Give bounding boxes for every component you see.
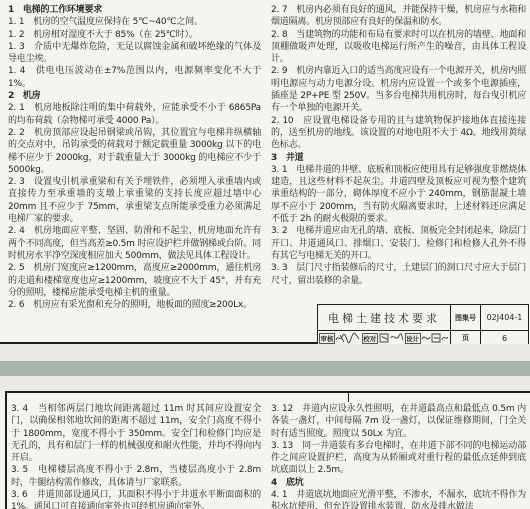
doc-paragraph: 3. 3 层门尺寸指装修后的尺寸，土建层门的洞口尺寸应大于层门尺寸，留出装修的余… (271, 262, 526, 287)
doc-paragraph: 3. 13 同一井道装有多台电梯时，在井道下部不同的电梯运动部件之间应设置护栏，… (271, 440, 526, 477)
lower-page-top-border (5, 391, 530, 393)
doc-paragraph: 3. 6 井道顶部设通风口，其面积不得小于井道水平断面面积的 1%。通风口可直接… (11, 489, 261, 509)
doc-paragraph: 1. 4 供电电压波动在±7%范围以内，电源频率变化不大于1%。 (8, 65, 261, 90)
doc-paragraph: 2. 1 机房地板除注明的集中荷载外，应能承受不小于 6865Pa 的均布荷载（… (8, 102, 261, 127)
doc-paragraph: 3. 12 井道内应设永久性照明，在井道最高点和最低点 0.5m 内各装一盏灯，… (271, 403, 526, 440)
upper-right-column: 2. 7 机房内必须有良好的通风，并能保持干燥，机房应与水箱和烟道隔离。机房顶部… (271, 4, 526, 287)
title-block-main-cell: 电梯土建技术要求 (318, 305, 450, 330)
lower-left-column: 3. 4 当相邻两层门地坎间距离超过 11m 时其间应设置安全门，以确保相邻地坎… (11, 403, 261, 509)
doc-paragraph: 2. 3 设置曳引机承重梁和有关予埋铁件，必须埋入承重墙内或直接传力至承重墙的支… (8, 176, 261, 225)
doc-paragraph: 2. 10 应设置电梯设备专用的且与建筑物保护接地体直接连接的，送至机房的地线。… (271, 115, 526, 152)
atlas-number-label: 图集号 (450, 305, 481, 330)
divider-band (0, 361, 530, 376)
page-label: 页 (450, 331, 481, 345)
doc-paragraph: 4. 1 井道底坑地面应光滑平整，不渗水，不漏水，底坑不得作为积水坑使用，但允许… (271, 489, 526, 509)
doc-paragraph: 2. 9 机房内靠近入口的适当高度应设有一个电源开关，机房内照明电源应与动力电源… (271, 65, 526, 114)
signature-scribble-1 (335, 332, 361, 344)
doc-paragraph: 3. 1 电梯井道的井壁、底板和顶板应使用具有足够强度非燃烧体建造，且这些材料不… (271, 164, 526, 225)
doc-paragraph: 1. 3 介质中无爆炸危险，无足以腐蚀金属和破坏绝缘的气体及导电尘埃。 (8, 41, 261, 66)
page-number: 6 (481, 331, 528, 345)
section-heading: 4 底坑 (271, 477, 526, 489)
lower-page-divider-tick (348, 393, 349, 402)
doc-paragraph: 2. 8 当建筑物的功能和布局有要求时可以在机房的墙壁、地面和顶棚做吸声处理，以… (271, 29, 526, 66)
doc-paragraph: 1. 2 机房相对湿度不大于 85%（在 25℃时）。 (8, 29, 261, 41)
lower-page-left-border (5, 391, 7, 509)
lower-right-column: 3. 12 井道内应设永久性照明，在井道最高点和最低点 0.5m 内各装一盏灯，… (271, 403, 526, 509)
drawing-title: 电梯土建技术要求 (328, 310, 440, 326)
doc-paragraph: 1. 1 机房的空气温度应保持在 5℃~40℃之间。 (8, 16, 261, 28)
proof-label: 校对 (362, 333, 378, 344)
doc-paragraph: 3. 5 电梯楼层高度不得小于 2.8m，当楼层高度小于 2.8m 时，牛腿结构… (11, 464, 261, 489)
atlas-number-value: 02J404-1 (481, 305, 528, 330)
section-heading: 2 机房 (8, 90, 261, 102)
doc-paragraph: 2. 5 机房门宽度应≥1200mm，高度应≥2000mm，通往机房的走道和楼梯… (8, 262, 261, 299)
section-heading: 1 电梯的工作环境要求 (8, 4, 261, 16)
title-block: 电梯土建技术要求 图集号 02J404-1 审核 校对 设计 页 6 (317, 304, 529, 346)
scanned-document-page: { "doc": { "ul": [ "1 电梯的工作环境要求", "1. 1 … (0, 0, 530, 509)
doc-paragraph: 2. 4 机房地面应平整、坚固、防滑和不起尘、机房地面允许有两个不同高度，但当高… (8, 225, 261, 262)
doc-paragraph: 2. 2 机房顶部应设起吊钢梁或吊钩，其位置宜与电梯井纵横轴的交点对中，吊钩承受… (8, 127, 261, 176)
lower-page: 3. 4 当相邻两层门地坎间距离超过 11m 时其间应设置安全门，以确保相邻地坎… (0, 391, 530, 509)
doc-paragraph: 2. 7 机房内必须有良好的通风，并能保持干燥，机房应与水箱和烟道隔离。机房顶部… (271, 4, 526, 29)
doc-paragraph: 3. 4 当相邻两层门地坎间距离超过 11m 时其间应设置安全门，以确保相邻地坎… (11, 403, 261, 464)
signature-row: 审核 校对 设计 (318, 331, 450, 345)
doc-paragraph: 3. 2 电梯井道应由无孔的墙、底板、顶板完全封闭起来，除层门开口、井道通风口、… (271, 225, 526, 262)
design-label: 设计 (405, 333, 421, 344)
upper-left-column: 1 电梯的工作环境要求 1. 1 机房的空气温度应保持在 5℃~40℃之间。 1… (8, 4, 261, 311)
signature-scribble-3 (421, 332, 449, 344)
section-heading: 3 井道 (271, 152, 526, 164)
doc-paragraph: 2. 6 机房应有采光窗和充分的照明，地板面的照度≥200Lx。 (8, 299, 261, 311)
signature-scribble-2 (378, 332, 404, 344)
review-label: 审核 (319, 333, 335, 344)
upper-page: 1 电梯的工作环境要求 1. 1 机房的空气温度应保持在 5℃~40℃之间。 1… (0, 0, 530, 342)
